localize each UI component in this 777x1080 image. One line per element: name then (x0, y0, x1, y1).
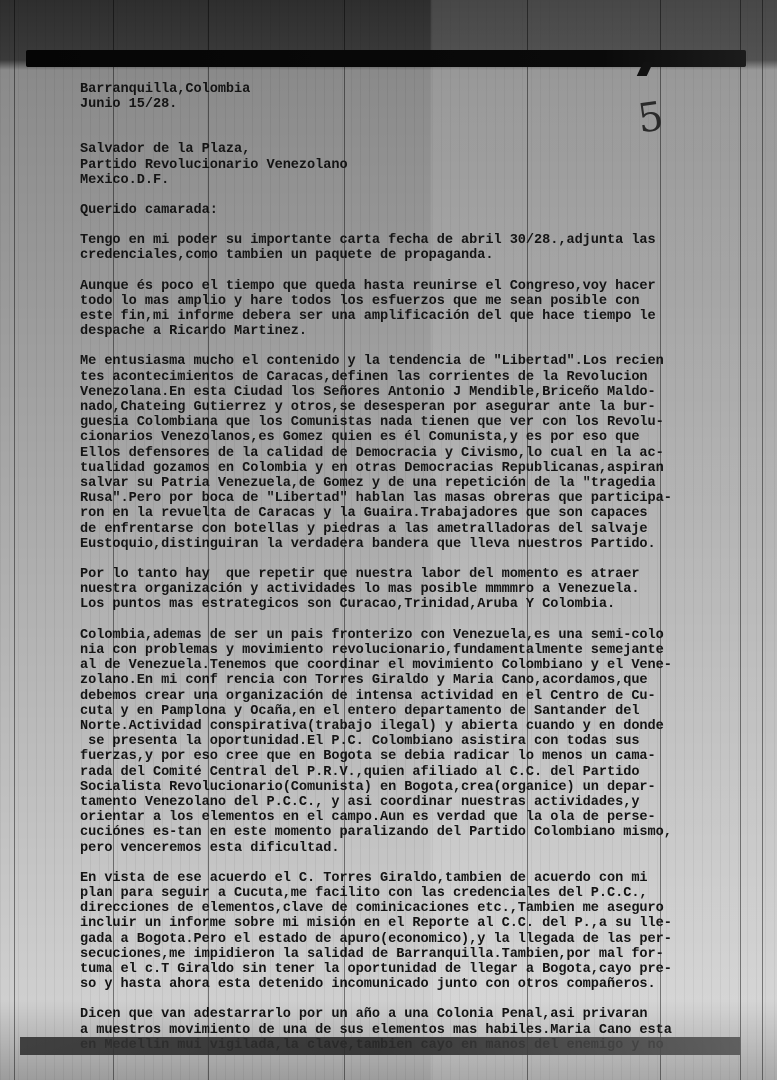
text-line: Rusa".Pero por boca de "Libertad" hablan… (80, 491, 730, 506)
letter-date: Junio 15/28. (80, 97, 730, 112)
text-line: Socialista Revolucionario(Comunista) en … (80, 780, 730, 795)
text-line: Norte.Actividad conspirativa(trabajo ile… (80, 719, 730, 734)
text-line: Por lo tanto hay que repetir que nuestra… (80, 567, 730, 582)
text-line: tuma el c.T Giraldo sin tener la oportun… (80, 962, 730, 977)
paragraph: Aunque és poco el tiempo que queda hasta… (80, 279, 730, 340)
text-line: guesia Colombiana que los Comunistas nad… (80, 415, 730, 430)
text-line: zolano.En mi conf rencia con Torres Gira… (80, 673, 730, 688)
text-line: salvar su Patria Venezuela,de Gomez y de… (80, 476, 730, 491)
text-line: incluir un informe sobre mi misión en el… (80, 916, 730, 931)
text-line: En vista de ese acuerdo el C. Torres Gir… (80, 871, 730, 886)
text-line: Tengo en mi poder su importante carta fe… (80, 233, 730, 248)
text-line: credenciales,como tambien un paquete de … (80, 248, 730, 263)
scan-streak (762, 0, 763, 1080)
text-line: nado,Chateing Gutierrez y otros,se deses… (80, 400, 730, 415)
paragraph: Me entusiasma mucho el contenido y la te… (80, 354, 730, 552)
text-line: este fin,mi informe debera ser una ampli… (80, 309, 730, 324)
paragraph: Tengo en mi poder su importante carta fe… (80, 233, 730, 263)
text-line: so y hasta ahora esta detenido incomunic… (80, 977, 730, 992)
text-line: cuciónes es-tan en este momento paraliza… (80, 825, 730, 840)
text-line: secuciones,me impidieron la salidad de B… (80, 947, 730, 962)
letter-body: Barranquilla,Colombia Junio 15/28. Salva… (80, 82, 730, 1053)
recipient-block: Salvador de la Plaza, Partido Revolucion… (80, 142, 730, 188)
text-line: Los puntos mas estrategicos son Curacao,… (80, 597, 730, 612)
scan-streak (14, 0, 15, 1080)
paragraph: Por lo tanto hay que repetir que nuestra… (80, 567, 730, 613)
text-line: despache a Ricardo Martinez. (80, 324, 730, 339)
paragraph: En vista de ese acuerdo el C. Torres Gir… (80, 871, 730, 993)
text-line: Venezolana.En esta Ciudad los Señores An… (80, 385, 730, 400)
text-line: Dicen que van adestarrarlo por un año a … (80, 1007, 730, 1022)
text-line: Aunque és poco el tiempo que queda hasta… (80, 279, 730, 294)
text-line: Ellos defensores de la calidad de Democr… (80, 446, 730, 461)
paragraph: Colombia,ademas de ser un pais fronteriz… (80, 628, 730, 856)
salutation: Querido camarada: (80, 203, 730, 218)
text-line: nia con problemas y movimiento revolucio… (80, 643, 730, 658)
text-line: plan para seguir a Cucuta,me facilito co… (80, 886, 730, 901)
text-line: Colombia,ademas de ser un pais fronteriz… (80, 628, 730, 643)
recipient-line: Salvador de la Plaza, (80, 142, 730, 157)
text-line: de enfrentarse con botellas y piedras a … (80, 522, 730, 537)
text-line: fuerzas,y por eso cree que en Bogota se … (80, 749, 730, 764)
text-line: cionarios Venezolanos,es Gomez quien es … (80, 430, 730, 445)
text-line: tualidad gozamos en Colombia y en otras … (80, 461, 730, 476)
recipient-line: Mexico.D.F. (80, 173, 730, 188)
top-edge-shadow (26, 50, 746, 67)
text-line: Me entusiasma mucho el contenido y la te… (80, 354, 730, 369)
text-line: todo lo mas amplio y hare todos los esfu… (80, 294, 730, 309)
text-line: nuestra organización y actividades lo ma… (80, 582, 730, 597)
text-line: tamento Venezolano del P.C.C., y asi coo… (80, 795, 730, 810)
text-line: cuta y en Pamplona y Ocaña,en el entero … (80, 704, 730, 719)
letter-place: Barranquilla,Colombia (80, 82, 730, 97)
text-line: pero venceremos esta dificultad. (80, 841, 730, 856)
text-line: direcciones de elementos,clave de comini… (80, 901, 730, 916)
text-line: a muestros movimiento de una de sus elem… (80, 1023, 730, 1038)
text-line: gada a Bogota.Pero el estado de apuro(ec… (80, 932, 730, 947)
text-line: debemos crear una organización de intens… (80, 689, 730, 704)
text-line: rada del Comité Central del P.R.V.,quien… (80, 765, 730, 780)
text-line: ron en la revuelta de Caracas y la Guair… (80, 506, 730, 521)
text-line: al de Venezuela.Tenemos que coordinar el… (80, 658, 730, 673)
recipient-line: Partido Revolucionario Venezolano (80, 158, 730, 173)
text-line: orientar a los elementos en el campo.Aun… (80, 810, 730, 825)
bottom-edge-shadow (20, 1037, 740, 1055)
paragraphs: Tengo en mi poder su importante carta fe… (80, 233, 730, 1053)
text-line: tes acontecimientos de Caracas,definen l… (80, 370, 730, 385)
text-line: se presenta la oportunidad.El P.C. Colom… (80, 734, 730, 749)
text-line: Eustoquio,distinguiran la verdadera band… (80, 537, 730, 552)
scan-streak (740, 0, 741, 1080)
